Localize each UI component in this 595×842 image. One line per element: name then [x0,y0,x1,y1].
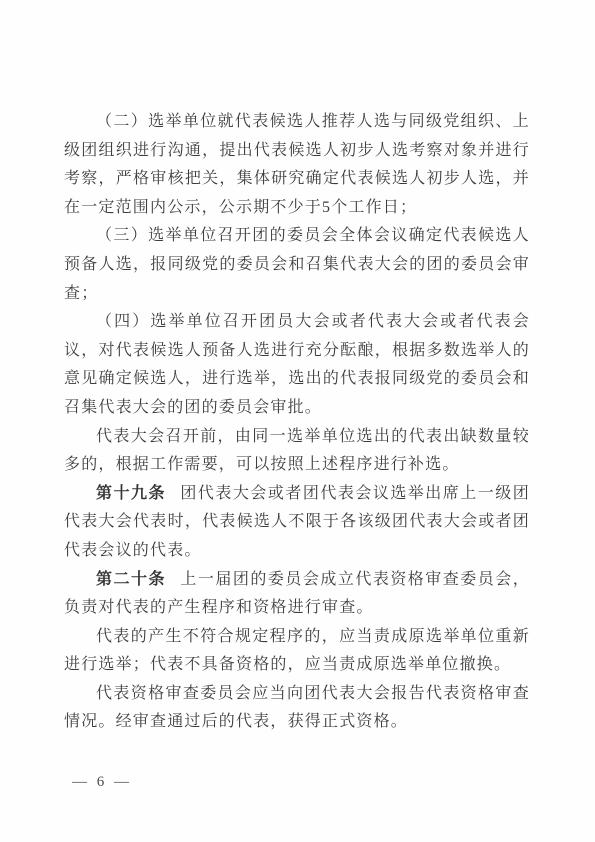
clause-paragraph-2: （二）选举单位就代表候选人推荐人选与同级党组织、上级团组织进行沟通，提出代表候选… [64,108,530,222]
clause-paragraph-4: （四）选举单位召开团员大会或者代表大会或者代表会议，对代表候选人预备人选进行充分… [64,308,530,422]
page-number: — 6 — [72,774,132,791]
paragraph-text: 代表资格审查委员会应当向团代表大会报告代表资格审查情况。经审查通过后的代表，获得… [64,685,530,731]
paragraph-text: 代表的产生不符合规定程序的，应当责成原选举单位重新进行选举；代表不具备资格的，应… [64,628,530,674]
paragraph-text: （四）选举单位召开团员大会或者代表大会或者代表会议，对代表候选人预备人选进行充分… [64,313,530,416]
article-20-label: 第二十条 [96,571,166,588]
paragraph-text: （三）选举单位召开团的委员会全体会议确定代表候选人预备人选，报同级党的委员会和召… [64,227,530,301]
document-body: （二）选举单位就代表候选人推荐人选与同级党组织、上级团组织进行沟通，提出代表候选… [64,108,530,737]
paragraph-text: 代表大会召开前，由同一选举单位选出的代表出缺数量较多的，根据工作需要，可以按照上… [64,428,530,474]
body-paragraph: 代表资格审查委员会应当向团代表大会报告代表资格审查情况。经审查通过后的代表，获得… [64,680,530,737]
body-paragraph: 代表大会召开前，由同一选举单位选出的代表出缺数量较多的，根据工作需要，可以按照上… [64,423,530,480]
paragraph-text: （二）选举单位就代表候选人推荐人选与同级党组织、上级团组织进行沟通，提出代表候选… [64,113,530,216]
body-paragraph: 代表的产生不符合规定程序的，应当责成原选举单位重新进行选举；代表不具备资格的，应… [64,623,530,680]
article-19-label: 第十九条 [96,485,166,502]
document-page: （二）选举单位就代表候选人推荐人选与同级党组织、上级团组织进行沟通，提出代表候选… [0,0,595,842]
clause-paragraph-3: （三）选举单位召开团的委员会全体会议确定代表候选人预备人选，报同级党的委员会和召… [64,222,530,308]
article-20-paragraph: 第二十条上一届团的委员会成立代表资格审查委员会，负责对代表的产生程序和资格进行审… [64,566,530,623]
article-19-paragraph: 第十九条团代表大会或者团代表会议选举出席上一级团代表大会代表时，代表候选人不限于… [64,480,530,566]
